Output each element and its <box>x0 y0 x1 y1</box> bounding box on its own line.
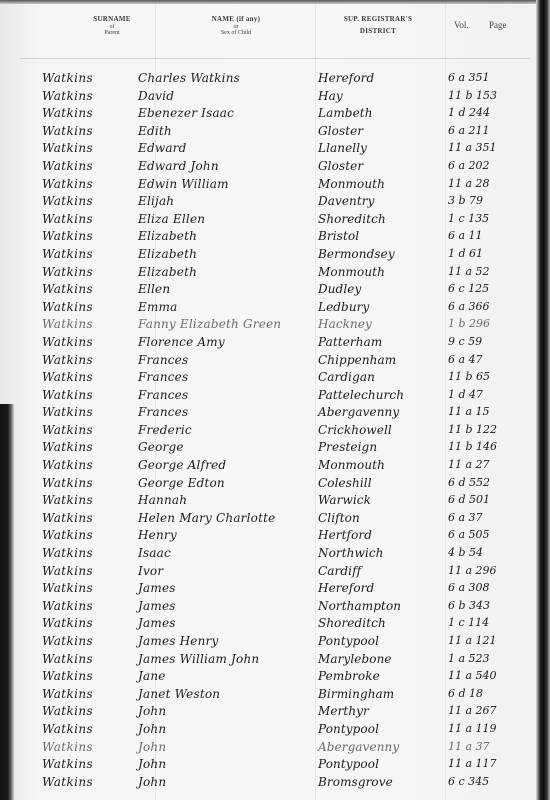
entry-child-name: Elizabeth <box>138 265 197 279</box>
entry-district: Cardiff <box>318 564 361 578</box>
entry-surname: Watkins <box>42 229 93 243</box>
register-entry: WatkinsJames HenryPontypool11 a 121 <box>0 633 536 651</box>
entry-surname: Watkins <box>42 194 93 208</box>
entry-volume-page: 1 b 296 <box>448 317 490 330</box>
entry-district: Clifton <box>318 511 360 525</box>
register-entry: WatkinsIvorCardiff11 a 296 <box>0 563 536 581</box>
entry-surname: Watkins <box>42 159 93 173</box>
entry-child-name: David <box>138 89 174 103</box>
entry-volume-page: 6 a 211 <box>448 124 490 137</box>
register-entry: WatkinsElizabethMonmouth11 a 52 <box>0 264 536 282</box>
entry-surname: Watkins <box>42 247 93 261</box>
register-entry: WatkinsJohnBromsgrove6 c 345 <box>0 774 536 792</box>
entry-volume-page: 6 c 125 <box>448 282 489 295</box>
header-district: SUP. REGISTRAR'S DISTRICT <box>328 16 428 35</box>
entry-district: Ledbury <box>318 300 369 314</box>
entry-child-name: Henry <box>138 528 177 542</box>
register-entry: WatkinsEliza EllenShoreditch1 c 135 <box>0 211 536 229</box>
entry-volume-page: 6 a 505 <box>448 528 490 541</box>
entry-district: Hackney <box>318 317 372 331</box>
entry-surname: Watkins <box>42 599 93 613</box>
entry-district: Presteign <box>318 440 377 454</box>
entry-volume-page: 1 c 114 <box>448 616 489 629</box>
entry-district: Hereford <box>318 581 374 595</box>
entry-child-name: James <box>138 581 176 595</box>
register-entry: WatkinsFrancesPattelechurch1 d 47 <box>0 387 536 405</box>
register-entry: WatkinsFrancesChippenham6 a 47 <box>0 352 536 370</box>
entry-district: Pattelechurch <box>318 388 404 402</box>
header-vol: Vol. <box>454 20 469 30</box>
entry-volume-page: 1 c 135 <box>448 212 489 225</box>
entry-surname: Watkins <box>42 282 93 296</box>
register-entry: WatkinsJanet WestonBirmingham6 d 18 <box>0 686 536 704</box>
entry-child-name: Emma <box>138 300 177 314</box>
register-entry: WatkinsEdwardLlanelly11 a 351 <box>0 140 536 158</box>
entry-child-name: Edward <box>138 141 187 155</box>
entry-surname: Watkins <box>42 317 93 331</box>
entry-volume-page: 6 c 345 <box>448 775 489 788</box>
entry-volume-page: 11 a 52 <box>448 265 490 278</box>
entry-district: Lambeth <box>318 106 373 120</box>
entry-volume-page: 6 a 37 <box>448 511 483 524</box>
register-entry: WatkinsFredericCrickhowell11 b 122 <box>0 422 536 440</box>
entry-district: Shoreditch <box>318 212 386 226</box>
entry-child-name: Charles Watkins <box>138 71 240 85</box>
register-entry: WatkinsHenryHertford6 a 505 <box>0 527 536 545</box>
entry-district: Pembroke <box>318 669 380 683</box>
register-entry: WatkinsJohnPontypool11 a 119 <box>0 721 536 739</box>
entry-surname: Watkins <box>42 493 93 507</box>
entry-surname: Watkins <box>42 440 93 454</box>
entry-child-name: James <box>138 616 176 630</box>
register-entry: WatkinsJamesNorthampton6 b 343 <box>0 598 536 616</box>
entry-surname: Watkins <box>42 581 93 595</box>
entry-district: Patterham <box>318 335 382 349</box>
register-entry: WatkinsDavidHay11 b 153 <box>0 88 536 106</box>
register-entry: WatkinsJohnPontypool11 a 117 <box>0 756 536 774</box>
entry-volume-page: 11 b 153 <box>448 89 497 102</box>
register-entry: WatkinsEdwin WilliamMonmouth11 a 28 <box>0 176 536 194</box>
entry-surname: Watkins <box>42 71 93 85</box>
register-entry: WatkinsHannahWarwick6 d 501 <box>0 492 536 510</box>
entry-child-name: John <box>138 704 166 718</box>
entry-district: Merthyr <box>318 704 369 718</box>
entry-child-name: Edward John <box>138 159 219 173</box>
entry-volume-page: 4 b 54 <box>448 546 483 559</box>
entry-district: Pontypool <box>318 634 379 648</box>
page-top-edge <box>0 0 536 4</box>
header-name: NAME (if any) or Sex of Child <box>196 16 276 37</box>
entry-child-name: Elizabeth <box>138 247 197 261</box>
entry-district: Bermondsey <box>318 247 395 261</box>
entry-district: Northampton <box>318 599 401 613</box>
entry-child-name: Elizabeth <box>138 229 197 243</box>
entry-volume-page: 1 d 244 <box>448 106 490 119</box>
entry-surname: Watkins <box>42 388 93 402</box>
entry-child-name: John <box>138 740 166 754</box>
entry-district: Northwich <box>318 546 383 560</box>
register-entries: WatkinsCharles WatkinsHereford6 a 351Wat… <box>0 70 536 791</box>
entry-district: Daventry <box>318 194 375 208</box>
register-entry: WatkinsEmmaLedbury6 a 366 <box>0 299 536 317</box>
entry-child-name: Hannah <box>138 493 187 507</box>
entry-district: Pontypool <box>318 757 379 771</box>
entry-district: Dudley <box>318 282 361 296</box>
entry-volume-page: 11 a 15 <box>448 405 490 418</box>
register-entry: WatkinsGeorge AlfredMonmouth11 a 27 <box>0 457 536 475</box>
entry-district: Shoreditch <box>318 616 386 630</box>
register-entry: WatkinsJamesHereford6 a 308 <box>0 580 536 598</box>
entry-surname: Watkins <box>42 546 93 560</box>
entry-volume-page: 6 a 366 <box>448 300 490 313</box>
entry-district: Bromsgrove <box>318 775 393 789</box>
entry-volume-page: 11 b 65 <box>448 370 490 383</box>
entry-surname: Watkins <box>42 106 93 120</box>
entry-child-name: George Alfred <box>138 458 226 472</box>
page-right-edge <box>536 0 550 800</box>
register-entry: WatkinsElijahDaventry3 b 79 <box>0 193 536 211</box>
entry-child-name: Florence Amy <box>138 335 225 349</box>
register-entry: WatkinsJanePembroke11 a 540 <box>0 668 536 686</box>
register-entry: WatkinsGeorge EdtonColeshill6 d 552 <box>0 475 536 493</box>
entry-child-name: George <box>138 440 184 454</box>
entry-district: Abergavenny <box>318 740 399 754</box>
entry-child-name: John <box>138 775 166 789</box>
entry-district: Crickhowell <box>318 423 392 437</box>
register-entry: WatkinsEbenezer IsaacLambeth1 d 244 <box>0 105 536 123</box>
register-entry: WatkinsFlorence AmyPatterham9 c 59 <box>0 334 536 352</box>
entry-volume-page: 1 d 47 <box>448 388 483 401</box>
entry-child-name: Ellen <box>138 282 170 296</box>
entry-volume-page: 1 d 61 <box>448 247 483 260</box>
entry-district: Coleshill <box>318 476 372 490</box>
register-entry: WatkinsJohnMerthyr11 a 267 <box>0 703 536 721</box>
entry-district: Cardigan <box>318 370 375 384</box>
entry-district: Hereford <box>318 71 374 85</box>
entry-surname: Watkins <box>42 634 93 648</box>
entry-district: Monmouth <box>318 177 385 191</box>
entry-child-name: Frances <box>138 388 188 402</box>
entry-child-name: Frances <box>138 405 188 419</box>
entry-child-name: Eliza Ellen <box>138 212 205 226</box>
entry-volume-page: 11 a 296 <box>448 564 497 577</box>
entry-district: Bristol <box>318 229 359 243</box>
register-entry: WatkinsJames William JohnMarylebone1 a 5… <box>0 651 536 669</box>
entry-district: Abergavenny <box>318 405 399 419</box>
entry-district: Pontypool <box>318 722 379 736</box>
entry-volume-page: 11 a 119 <box>448 722 497 735</box>
entry-child-name: John <box>138 757 166 771</box>
entry-surname: Watkins <box>42 669 93 683</box>
entry-surname: Watkins <box>42 528 93 542</box>
entry-district: Gloster <box>318 159 363 173</box>
entry-volume-page: 6 d 18 <box>448 687 483 700</box>
entry-district: Hay <box>318 89 343 103</box>
entry-surname: Watkins <box>42 405 93 419</box>
entry-surname: Watkins <box>42 177 93 191</box>
entry-volume-page: 11 a 117 <box>448 757 497 770</box>
entry-child-name: Ivor <box>138 564 163 578</box>
entry-surname: Watkins <box>42 704 93 718</box>
register-entry: WatkinsHelen Mary CharlotteClifton6 a 37 <box>0 510 536 528</box>
entry-surname: Watkins <box>42 616 93 630</box>
entry-child-name: Frederic <box>138 423 192 437</box>
entry-child-name: James William John <box>138 652 259 666</box>
entry-surname: Watkins <box>42 423 93 437</box>
entry-surname: Watkins <box>42 353 93 367</box>
entry-surname: Watkins <box>42 652 93 666</box>
register-entry: WatkinsFrancesAbergavenny11 a 15 <box>0 404 536 422</box>
entry-child-name: Janet Weston <box>138 687 220 701</box>
entry-district: Llanelly <box>318 141 367 155</box>
register-entry: WatkinsIsaacNorthwich4 b 54 <box>0 545 536 563</box>
register-entry: WatkinsElizabethBermondsey1 d 61 <box>0 246 536 264</box>
entry-volume-page: 6 a 202 <box>448 159 490 172</box>
header-divider <box>20 58 530 59</box>
register-entry: WatkinsElizabethBristol6 a 11 <box>0 228 536 246</box>
register-entry: WatkinsEdward JohnGloster6 a 202 <box>0 158 536 176</box>
entry-child-name: Helen Mary Charlotte <box>138 511 275 525</box>
entry-volume-page: 11 a 540 <box>448 669 497 682</box>
entry-district: Birmingham <box>318 687 394 701</box>
entry-volume-page: 11 a 37 <box>448 740 490 753</box>
entry-surname: Watkins <box>42 687 93 701</box>
register-entry: WatkinsFanny Elizabeth GreenHackney1 b 2… <box>0 316 536 334</box>
entry-volume-page: 3 b 79 <box>448 194 483 207</box>
register-entry: WatkinsCharles WatkinsHereford6 a 351 <box>0 70 536 88</box>
entry-district: Monmouth <box>318 458 385 472</box>
entry-child-name: Elijah <box>138 194 174 208</box>
entry-surname: Watkins <box>42 775 93 789</box>
entry-volume-page: 11 a 267 <box>448 704 497 717</box>
entry-surname: Watkins <box>42 89 93 103</box>
entry-volume-page: 6 b 343 <box>448 599 490 612</box>
entry-volume-page: 11 a 28 <box>448 177 490 190</box>
entry-child-name: Ebenezer Isaac <box>138 106 234 120</box>
entry-volume-page: 9 c 59 <box>448 335 482 348</box>
header-surname: SURNAME of Parent <box>72 16 152 37</box>
entry-district: Monmouth <box>318 265 385 279</box>
entry-district: Hertford <box>318 528 372 542</box>
entry-surname: Watkins <box>42 740 93 754</box>
entry-surname: Watkins <box>42 300 93 314</box>
register-entry: WatkinsGeorgePresteign11 b 146 <box>0 439 536 457</box>
entry-child-name: John <box>138 722 166 736</box>
entry-volume-page: 11 a 121 <box>448 634 497 647</box>
entry-child-name: Isaac <box>138 546 171 560</box>
entry-district: Chippenham <box>318 353 396 367</box>
entry-surname: Watkins <box>42 564 93 578</box>
entry-surname: Watkins <box>42 265 93 279</box>
entry-surname: Watkins <box>42 212 93 226</box>
entry-surname: Watkins <box>42 141 93 155</box>
entry-volume-page: 6 a 47 <box>448 353 483 366</box>
entry-volume-page: 11 b 122 <box>448 423 497 436</box>
entry-volume-page: 11 b 146 <box>448 440 497 453</box>
entry-surname: Watkins <box>42 476 93 490</box>
entry-volume-page: 11 a 27 <box>448 458 490 471</box>
entry-child-name: George Edton <box>138 476 225 490</box>
header-page: Page <box>489 20 507 30</box>
register-entry: WatkinsEllenDudley6 c 125 <box>0 281 536 299</box>
entry-district: Marylebone <box>318 652 392 666</box>
entry-volume-page: 6 d 552 <box>448 476 490 489</box>
entry-volume-page: 11 a 351 <box>448 141 497 154</box>
entry-surname: Watkins <box>42 757 93 771</box>
register-entry: WatkinsJohnAbergavenny11 a 37 <box>0 739 536 757</box>
entry-child-name: Edwin William <box>138 177 229 191</box>
entry-district: Warwick <box>318 493 371 507</box>
entry-child-name: Frances <box>138 370 188 384</box>
entry-child-name: Fanny Elizabeth Green <box>138 317 281 331</box>
entry-child-name: James <box>138 599 176 613</box>
entry-volume-page: 6 a 11 <box>448 229 483 242</box>
entry-child-name: James Henry <box>138 634 218 648</box>
entry-surname: Watkins <box>42 511 93 525</box>
register-entry: WatkinsEdithGloster6 a 211 <box>0 123 536 141</box>
register-entry: WatkinsFrancesCardigan11 b 65 <box>0 369 536 387</box>
entry-volume-page: 6 a 308 <box>448 581 490 594</box>
entry-surname: Watkins <box>42 124 93 138</box>
entry-child-name: Edith <box>138 124 172 138</box>
entry-child-name: Frances <box>138 353 188 367</box>
entry-volume-page: 6 d 501 <box>448 493 490 506</box>
entry-volume-page: 1 a 523 <box>448 652 490 665</box>
entry-surname: Watkins <box>42 722 93 736</box>
entry-district: Gloster <box>318 124 363 138</box>
entry-surname: Watkins <box>42 458 93 472</box>
entry-child-name: Jane <box>138 669 166 683</box>
register-entry: WatkinsJamesShoreditch1 c 114 <box>0 615 536 633</box>
entry-volume-page: 6 a 351 <box>448 71 490 84</box>
register-page: SURNAME of Parent NAME (if any) or Sex o… <box>0 0 550 800</box>
entry-surname: Watkins <box>42 370 93 384</box>
entry-surname: Watkins <box>42 335 93 349</box>
